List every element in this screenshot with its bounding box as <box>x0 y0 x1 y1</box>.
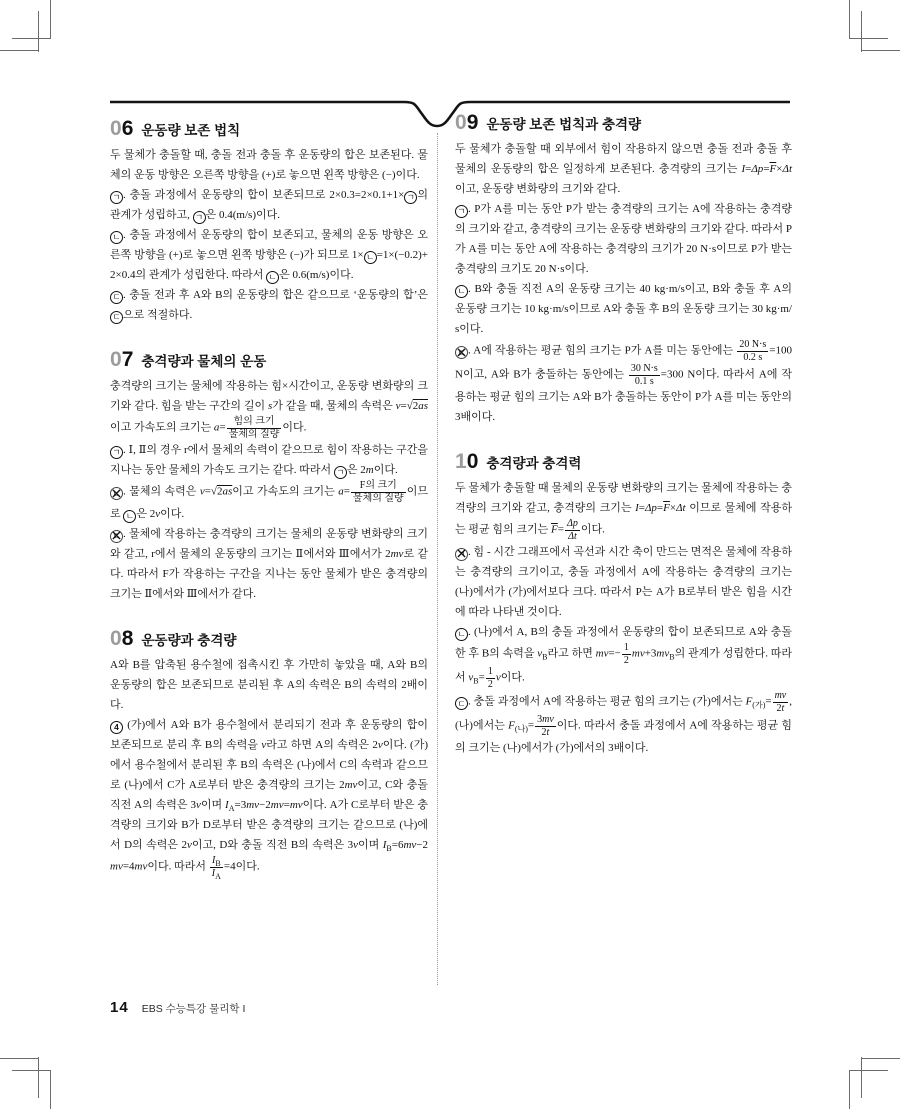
section-heading: 07 충격량과 물체의 운동 <box>110 349 428 370</box>
marker-correct-d: ㄷ <box>110 291 123 304</box>
page-footer: 14 EBS 수능특강 물리학 I <box>110 999 245 1016</box>
section-number: 09 <box>455 112 478 133</box>
left-column: 06 운동량 보존 법칙 두 물체가 충돌할 때, 충돌 전과 충돌 후 운동량… <box>110 118 428 879</box>
solution-paragraph: ㄴ. 물체의 속력은 v=√2as이고 가속도의 크기는 a=F의 크기물체의 … <box>110 480 428 524</box>
solution-paragraph: ㄱ. Ⅰ, Ⅱ의 경우 r에서 물체의 속력이 같으므로 힘이 작용하는 구간을… <box>110 440 428 480</box>
section-heading: 10 충격량과 충격력 <box>455 451 792 472</box>
solution-paragraph: A와 B를 압축된 용수철에 접촉시킨 후 가만히 놓았을 때, A와 B의 운… <box>110 655 428 715</box>
section-title: 운동량과 충격량 <box>141 629 236 649</box>
solution-paragraph: ㄷ. 충돌 과정에서 A에 작용하는 평균 힘의 크기는 (가)에서는 F(가)… <box>455 690 792 758</box>
right-column: 09 운동량 보존 법칙과 충격량 두 물체가 충돌할 때 외부에서 힘이 작용… <box>455 112 792 758</box>
solution-paragraph: 두 물체가 충돌할 때 외부에서 힘이 작용하지 않으면 충돌 전과 충돌 후 … <box>455 139 792 199</box>
marker-correct-d: ㄷ <box>455 697 468 710</box>
solution-section: 06 운동량 보존 법칙 두 물체가 충돌할 때, 충돌 전과 충돌 후 운동량… <box>110 118 428 325</box>
solution-section: 07 충격량과 물체의 운동 충격량의 크기는 물체에 작용하는 힘×시간이고,… <box>110 349 428 604</box>
solution-paragraph: ㄷ. 충돌 전과 후 A와 B의 운동량의 합은 같으므로 ‘운동량의 합’은 … <box>110 285 428 325</box>
section-title: 충격량과 물체의 운동 <box>141 350 266 370</box>
solution-paragraph: ㄴ. 충돌 과정에서 운동량의 합이 보존되고, 물체의 운동 방향은 오른쪽 … <box>110 225 428 285</box>
solution-paragraph: ㄷ. A에 작용하는 평균 힘의 크기는 P가 A를 미는 동안에는 20 N·… <box>455 339 792 427</box>
solution-paragraph: 두 물체가 충돌할 때, 충돌 전과 충돌 후 운동량의 합은 보존된다. 물체… <box>110 145 428 185</box>
marker-wrong-d: ㄷ <box>455 346 468 359</box>
section-heading: 09 운동량 보존 법칙과 충격량 <box>455 112 792 133</box>
solution-paragraph: ㄱ. 충돌 과정에서 운동량의 합이 보존되므로 2×0.3=2×0.1+1×ㄱ… <box>110 185 428 225</box>
document-page: 06 운동량 보존 법칙 두 물체가 충돌할 때, 충돌 전과 충돌 후 운동량… <box>0 0 900 1109</box>
marker-wrong-d: ㄷ <box>110 530 123 543</box>
marker-wrong-g: ㄱ <box>455 548 468 561</box>
section-heading: 06 운동량 보존 법칙 <box>110 118 428 139</box>
marker-correct-g: ㄱ <box>455 205 468 218</box>
column-divider <box>437 133 438 985</box>
section-number: 10 <box>455 451 478 472</box>
solution-paragraph: 두 물체가 충돌할 때 물체의 운동량 변화량의 크기는 물체에 작용하는 충격… <box>455 478 792 542</box>
section-title: 운동량 보존 법칙과 충격량 <box>486 113 641 133</box>
section-title: 충격량과 충격력 <box>486 452 581 472</box>
section-number: 06 <box>110 118 133 139</box>
book-title: EBS 수능특강 물리학 I <box>142 1001 246 1016</box>
solution-paragraph: ㄱ. 힘 - 시간 그래프에서 곡선과 시간 축이 만드는 면적은 물체에 작용… <box>455 542 792 622</box>
solution-paragraph: ㄱ. P가 A를 미는 동안 P가 받는 충격량의 크기는 A에 작용하는 충격… <box>455 199 792 279</box>
section-body: 두 물체가 충돌할 때, 충돌 전과 충돌 후 운동량의 합은 보존된다. 물체… <box>110 145 428 325</box>
marker-wrong-n: ㄴ <box>110 487 123 500</box>
section-body: 두 물체가 충돌할 때 외부에서 힘이 작용하지 않으면 충돌 전과 충돌 후 … <box>455 139 792 427</box>
crop-mark-bottom-right <box>848 1057 900 1109</box>
section-body: 두 물체가 충돌할 때 물체의 운동량 변화량의 크기는 물체에 작용하는 충격… <box>455 478 792 758</box>
solution-section: 10 충격량과 충격력 두 물체가 충돌할 때 물체의 운동량 변화량의 크기는… <box>455 451 792 758</box>
solution-paragraph: ㄴ. B와 충돌 직전 A의 운동량 크기는 40 kg·m/s이고, B와 충… <box>455 279 792 339</box>
marker-correct-n: ㄴ <box>110 231 123 244</box>
solution-paragraph: ㄴ. (나)에서 A, B의 충돌 과정에서 운동량의 합이 보존되므로 A와 … <box>455 622 792 690</box>
section-heading: 08 운동량과 충격량 <box>110 628 428 649</box>
marker-correct-g: ㄱ <box>110 191 123 204</box>
section-number: 07 <box>110 349 133 370</box>
section-number: 08 <box>110 628 133 649</box>
solution-section: 08 운동량과 충격량 A와 B를 압축된 용수철에 접촉시킨 후 가만히 놓았… <box>110 628 428 879</box>
marker-answer-4: 4 <box>110 721 123 734</box>
marker-correct-n: ㄴ <box>455 285 468 298</box>
solution-paragraph: ㄷ. 물체에 작용하는 충격량의 크기는 물체의 운동량 변화량의 크기와 같고… <box>110 524 428 604</box>
section-body: A와 B를 압축된 용수철에 접촉시킨 후 가만히 놓았을 때, A와 B의 운… <box>110 655 428 879</box>
solution-section: 09 운동량 보존 법칙과 충격량 두 물체가 충돌할 때 외부에서 힘이 작용… <box>455 112 792 427</box>
marker-correct-g: ㄱ <box>110 446 123 459</box>
section-body: 충격량의 크기는 물체에 작용하는 힘×시간이고, 운동량 변화량의 크기와 같… <box>110 376 428 604</box>
crop-mark-bottom-left <box>0 1057 52 1109</box>
marker-correct-n: ㄴ <box>455 628 468 641</box>
solution-paragraph: 4 (가)에서 A와 B가 용수철에서 분리되기 전과 후 운동량의 합이 보존… <box>110 715 428 879</box>
page-number: 14 <box>110 999 129 1016</box>
crop-mark-top-right <box>848 0 900 52</box>
crop-mark-top-left <box>0 0 52 52</box>
solution-paragraph: 충격량의 크기는 물체에 작용하는 힘×시간이고, 운동량 변화량의 크기와 같… <box>110 376 428 440</box>
section-title: 운동량 보존 법칙 <box>141 119 240 139</box>
